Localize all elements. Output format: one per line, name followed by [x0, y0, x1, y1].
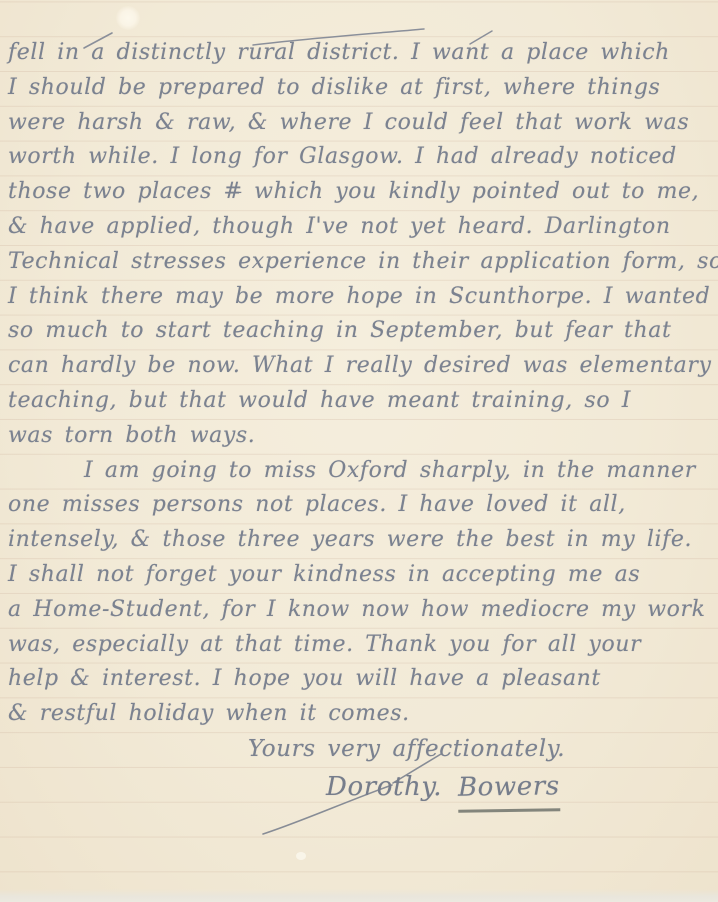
letter-line: was torn both ways. [8, 419, 718, 454]
letter-line: I think there may be more hope in Scunth… [8, 280, 718, 315]
signature-last-name: Bowers [458, 766, 560, 812]
scan-bottom-edge [0, 889, 718, 902]
letter-line: I should be prepared to dislike at first… [8, 71, 718, 106]
letter-line: teaching, but that would have meant trai… [8, 384, 718, 419]
letter-line: so much to start teaching in September, … [8, 314, 718, 349]
letter-line: worth while. I long for Glasgow. I had a… [8, 140, 718, 175]
letter-line: one misses persons not places. I have lo… [8, 488, 718, 523]
paper-speck [296, 852, 306, 860]
letter-line: were harsh & raw, & where I could feel t… [8, 106, 718, 141]
letter-line: fell in a distinctly rural district. I w… [8, 36, 718, 71]
letter-closing: Yours very affectionately. [8, 732, 718, 767]
letter-line: those two places #̶ which you kindly poi… [8, 175, 718, 210]
letter-line: was, especially at that time. Thank you … [8, 628, 718, 663]
letter-line: a Home-Student, for I know now how medio… [8, 593, 718, 628]
letter-line: I shall not forget your kindness in acce… [8, 558, 718, 593]
letter-page: fell in a distinctly rural district. I w… [0, 0, 718, 902]
letter-body: fell in a distinctly rural district. I w… [0, 0, 718, 807]
letter-line: intensely, & those three years were the … [8, 523, 718, 558]
letter-line: & restful holiday when it comes. [8, 697, 718, 732]
letter-line: I am going to miss Oxford sharply, in th… [8, 454, 718, 489]
letter-line: help & interest. I hope you will have a … [8, 662, 718, 697]
letter-line: Technical stresses experience in their a… [8, 245, 718, 280]
signature-first-name: Dorothy. [326, 772, 442, 802]
signature: Dorothy.Bowers [8, 767, 718, 807]
letter-line: & have applied, though I've not yet hear… [8, 210, 718, 245]
letter-line: can hardly be now. What I really desired… [8, 349, 718, 384]
